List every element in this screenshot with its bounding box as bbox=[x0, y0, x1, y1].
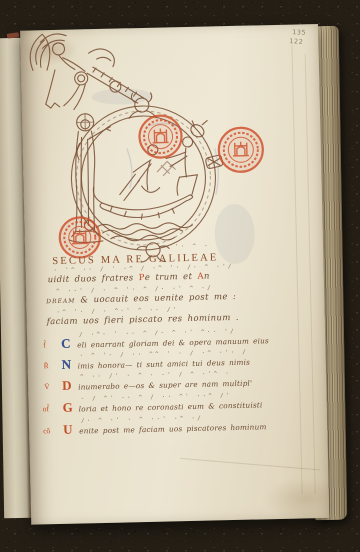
folio-number-top: 135 bbox=[292, 28, 306, 37]
angel-figure bbox=[30, 33, 116, 111]
neume-row: /· ^ ·' · ^ ··' ·^ ·/ bbox=[81, 415, 203, 425]
manuscript-page: 135 122 bbox=[20, 24, 329, 525]
library-stamp-3 bbox=[59, 217, 100, 258]
fold-line bbox=[305, 54, 316, 494]
verse-text: n bbox=[204, 272, 210, 282]
verse-text: e trum et bbox=[145, 272, 198, 283]
initial-C: C bbox=[61, 336, 71, 352]
chant-line-3: inumerabo e—os & super are nam multipl' bbox=[78, 379, 252, 392]
margin-abbrev-V: V̄ bbox=[44, 382, 50, 391]
chant-line-1: eli enarrant gloriam dei & opera manuum … bbox=[77, 336, 269, 349]
folio-number-bottom: 122 bbox=[289, 37, 303, 46]
initial-U: U bbox=[63, 422, 73, 438]
verse-lead: dream bbox=[46, 296, 75, 307]
margin-abbrev-ps: f̃ bbox=[43, 340, 46, 349]
verse-text: uidit duos fratres bbox=[48, 273, 139, 285]
chant-line-2: imis honora— ti sunt amici tui deus nimi… bbox=[78, 358, 251, 371]
pen-drawing-calling-of-apostles bbox=[26, 27, 271, 268]
chant-line-4: loria et hono re coronasti eum & constit… bbox=[79, 400, 263, 413]
initial-N: N bbox=[61, 357, 71, 373]
crease-line bbox=[180, 458, 320, 470]
margin-abbrev-of: of̃ bbox=[43, 404, 49, 413]
chant-line-5: enite post me faciam uos piscatores homi… bbox=[79, 422, 267, 435]
library-stamp-1 bbox=[139, 115, 182, 158]
neume-row: '· ^ · bbox=[175, 243, 210, 251]
initial-G: G bbox=[62, 400, 72, 416]
fold-line bbox=[291, 45, 302, 495]
initial-D: D bbox=[62, 378, 72, 394]
manuscript-photo: 135 122 bbox=[0, 0, 360, 552]
library-stamp-2 bbox=[218, 127, 263, 172]
margin-abbrev-R: R̄ bbox=[44, 361, 49, 370]
margin-abbrev-co: cõ bbox=[43, 426, 50, 435]
